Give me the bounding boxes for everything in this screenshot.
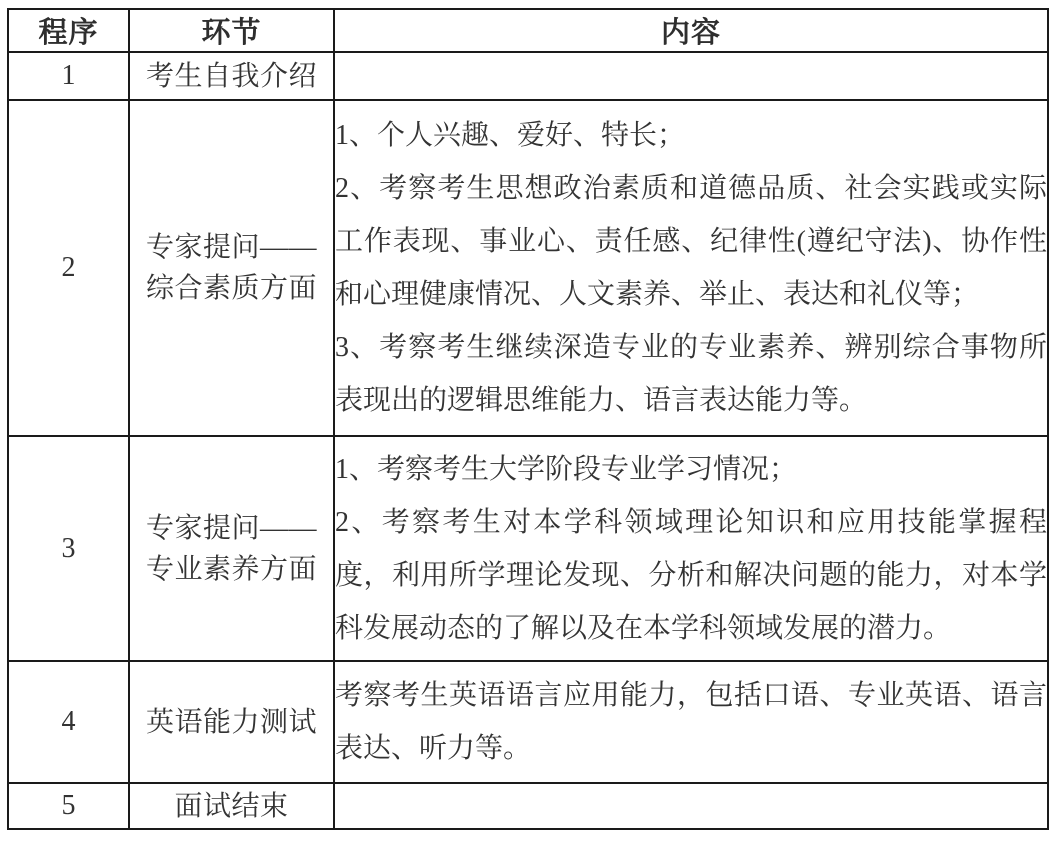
content-paragraph: 1、个人兴趣、爱好、特长； — [335, 109, 1047, 162]
row-content — [334, 783, 1048, 829]
header-stage: 环节 — [129, 9, 334, 52]
table-row: 3 专家提问—— 专业素养方面 1、考察考生大学阶段专业学习情况； 2、考察考生… — [8, 436, 1048, 661]
row-stage: 面试结束 — [129, 783, 334, 829]
interview-procedure-table: 程序 环节 内容 1 考生自我介绍 2 专家提问—— 综合素质方面 1、个人兴趣… — [7, 8, 1049, 830]
table-row: 2 专家提问—— 综合素质方面 1、个人兴趣、爱好、特长； 2、考察考生思想政治… — [8, 100, 1048, 436]
row-content — [334, 52, 1048, 100]
row-content: 1、个人兴趣、爱好、特长； 2、考察考生思想政治素质和道德品质、社会实践或实际工… — [334, 100, 1048, 436]
row-number: 4 — [8, 661, 129, 783]
row-stage: 考生自我介绍 — [129, 52, 334, 100]
table-row: 5 面试结束 — [8, 783, 1048, 829]
table-header-row: 程序 环节 内容 — [8, 9, 1048, 52]
content-paragraph: 考察考生英语语言应用能力，包括口语、专业英语、语言表达、听力等。 — [335, 669, 1047, 775]
row-stage: 专家提问—— 综合素质方面 — [129, 100, 334, 436]
content-paragraph: 2、考察考生思想政治素质和道德品质、社会实践或实际工作表现、事业心、责任感、纪律… — [335, 162, 1047, 321]
row-number: 1 — [8, 52, 129, 100]
table-row: 1 考生自我介绍 — [8, 52, 1048, 100]
row-stage: 专家提问—— 专业素养方面 — [129, 436, 334, 661]
row-stage: 英语能力测试 — [129, 661, 334, 783]
row-number: 3 — [8, 436, 129, 661]
document-page: 程序 环节 内容 1 考生自我介绍 2 专家提问—— 综合素质方面 1、个人兴趣… — [0, 0, 1064, 853]
table-row: 4 英语能力测试 考察考生英语语言应用能力，包括口语、专业英语、语言表达、听力等… — [8, 661, 1048, 783]
row-number: 2 — [8, 100, 129, 436]
row-content: 考察考生英语语言应用能力，包括口语、专业英语、语言表达、听力等。 — [334, 661, 1048, 783]
content-paragraph: 2、考察考生对本学科领域理论知识和应用技能掌握程度，利用所学理论发现、分析和解决… — [335, 496, 1047, 655]
content-paragraph: 1、考察考生大学阶段专业学习情况； — [335, 443, 1047, 496]
header-content: 内容 — [334, 9, 1048, 52]
row-content: 1、考察考生大学阶段专业学习情况； 2、考察考生对本学科领域理论知识和应用技能掌… — [334, 436, 1048, 661]
content-paragraph: 3、考察考生继续深造专业的专业素养、辨别综合事物所表现出的逻辑思维能力、语言表达… — [335, 321, 1047, 427]
header-procedure: 程序 — [8, 9, 129, 52]
row-number: 5 — [8, 783, 129, 829]
